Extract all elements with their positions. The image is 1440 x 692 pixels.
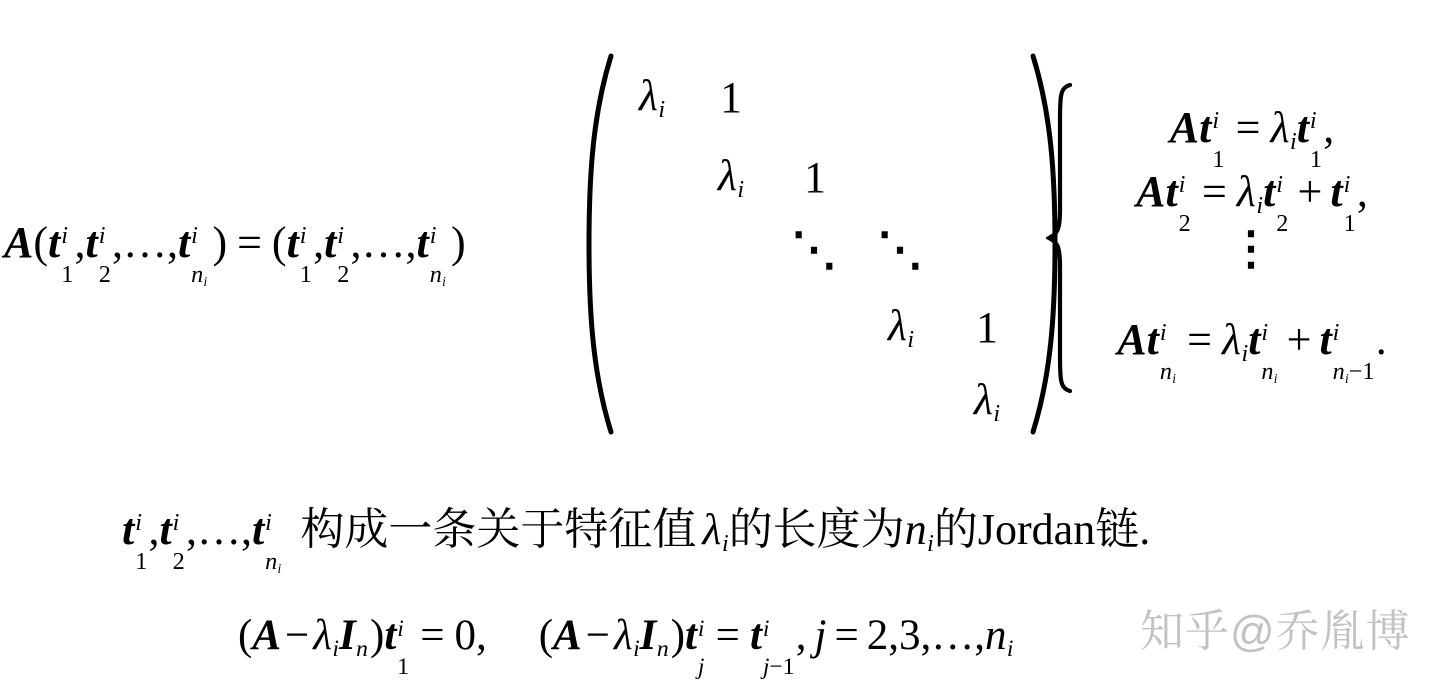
script-base: t [750, 612, 762, 659]
subscript: i [1290, 128, 1297, 155]
scripted-symbol: ti1 [384, 598, 410, 679]
math-token: 2 [1179, 210, 1191, 237]
superscript: i [337, 223, 344, 248]
subscript: i [722, 530, 729, 557]
math-token: ( [539, 612, 553, 659]
math-token: ) [671, 612, 685, 659]
math-token: = [420, 612, 444, 659]
math-token: n [265, 548, 277, 575]
scripted-symbol: λi [974, 378, 1000, 426]
math-token: t [324, 218, 336, 267]
superscript: i [698, 617, 705, 642]
subscript: i [278, 561, 282, 576]
scripted-symbol: tini [1248, 302, 1278, 386]
script-base: t [252, 505, 264, 554]
script-stack: i1 [300, 223, 312, 287]
math-token: n [1333, 358, 1345, 385]
math-token: ,…, [112, 218, 178, 267]
subscript: 2 [1276, 211, 1288, 236]
math-token: i [1160, 319, 1167, 346]
superscript: i [1276, 172, 1283, 197]
math-token: i [1274, 371, 1278, 386]
system-equation-line: Atini=λitini+tini−1. [1074, 302, 1430, 386]
math-token: = [1187, 315, 1212, 364]
math-token: i [191, 222, 198, 249]
math-token: t [1297, 103, 1309, 152]
matrix-entry: 1 [976, 306, 998, 350]
scripted-symbol: tini [178, 205, 208, 289]
script-base: t [159, 505, 171, 554]
script-stack: i1 [135, 510, 147, 574]
math-token: = [1202, 167, 1227, 216]
superscript: i [61, 223, 68, 248]
script-base: n [191, 261, 203, 288]
math-token: i [1179, 171, 1186, 198]
math-token: 2 [1276, 210, 1288, 237]
math-token: = [834, 612, 858, 659]
math-token: Jordan [978, 505, 1095, 554]
superscript: i [265, 510, 272, 535]
superscript: i [1160, 320, 1167, 345]
script-stack: i1 [1344, 172, 1356, 236]
math-token: , [1357, 167, 1368, 216]
math-token: −1 [769, 654, 794, 680]
math-token: , [796, 612, 807, 659]
scripted-symbol: tini−1 [1319, 302, 1375, 386]
script-stack: i2 [1179, 172, 1191, 236]
subscript: 1 [300, 262, 312, 287]
math-token: i [135, 509, 142, 536]
math-token: A [1117, 315, 1146, 364]
math-token: 0, [454, 612, 486, 659]
math-token: 2 [337, 261, 349, 288]
math-token: t [417, 218, 429, 267]
math-token: ,…, [186, 505, 252, 554]
scripted-symbol: ni [985, 598, 1014, 687]
math-token: i [442, 274, 446, 289]
superscript: i [191, 223, 198, 248]
math-token: 1 [976, 303, 998, 352]
math-token: n [1261, 358, 1273, 385]
scripted-symbol: ni [1261, 359, 1277, 386]
math-token: λ [888, 301, 907, 350]
math-token: i [698, 616, 705, 642]
math-token: , [313, 218, 324, 267]
matrix-entry: λi [718, 154, 744, 202]
system-equation-line: Ati2=λiti2+ti1, [1074, 160, 1430, 224]
scripted-symbol: ti2 [324, 205, 350, 288]
script-base: I [339, 612, 356, 659]
scripted-symbol: ni [905, 492, 934, 582]
system-lines: Ati1=λiti1,Ati2=λiti2+ti1,⋮Atini=λitini+… [1074, 82, 1430, 386]
script-stack: ini [1261, 320, 1277, 385]
script-base: t [1165, 167, 1177, 216]
script-base: t [1330, 167, 1342, 216]
math-token: ) [212, 218, 227, 267]
math-token: i [332, 636, 339, 662]
matrix-entry: 1 [804, 156, 826, 200]
subscript: n [657, 636, 669, 662]
subscript: 1 [135, 549, 147, 574]
scripted-symbol: λi [614, 598, 640, 687]
scripted-symbol: ti1 [48, 205, 74, 288]
script-base: n [430, 261, 442, 288]
subscript: i [1172, 371, 1176, 386]
subscript: ni [1160, 359, 1176, 386]
math-token: ⋮ [1228, 223, 1276, 274]
scripted-symbol: ti2 [1165, 160, 1191, 237]
math-token: . [1376, 315, 1387, 364]
superscript: i [1212, 108, 1219, 133]
subscript: i [633, 636, 640, 662]
subscript: 2 [1179, 211, 1191, 236]
script-stack: i2 [1276, 172, 1288, 236]
scripted-symbol: ni [1160, 359, 1176, 386]
math-token: n [191, 261, 203, 288]
math-token: i [1310, 107, 1317, 134]
math-token: , [75, 218, 86, 267]
script-base: λ [888, 301, 907, 350]
matrix-entry: λi [888, 304, 914, 352]
math-token: i [99, 222, 106, 249]
math-token: λ [702, 505, 721, 554]
scripted-symbol: ti1 [1330, 160, 1356, 237]
math-token: t [159, 505, 171, 554]
math-token: A [4, 218, 33, 267]
scripted-symbol: ni [1333, 359, 1349, 386]
scripted-symbol: tini [1147, 302, 1177, 386]
math-token: ) [370, 612, 384, 659]
script-base: n [905, 505, 927, 554]
math-token: λ [313, 612, 332, 659]
subscript: ni [191, 262, 207, 289]
math-token: ⋱ [877, 224, 925, 275]
superscript: i [300, 223, 307, 248]
scripted-symbol: tini [252, 492, 282, 576]
math-token: i [397, 616, 404, 642]
script-base: t [122, 505, 134, 554]
subscript: 1 [61, 262, 73, 287]
math-token: i [430, 222, 437, 249]
math-token: λ [974, 375, 993, 424]
math-token: 链 [1095, 505, 1139, 554]
math-token: 1 [61, 261, 73, 288]
subscript: i [1274, 371, 1278, 386]
script-stack: ini [265, 510, 281, 575]
script-base: t [1147, 315, 1159, 364]
script-base: λ [1222, 315, 1241, 364]
script-base: n [265, 548, 277, 575]
script-stack: ini [191, 223, 207, 288]
math-token: i [1172, 371, 1176, 386]
math-token: t [252, 505, 264, 554]
superscript: i [1310, 108, 1317, 133]
script-base: t [384, 612, 396, 659]
script-base: n [1333, 358, 1345, 385]
math-token: t [178, 218, 190, 267]
math-token: j [698, 654, 705, 680]
math-token: 2 [173, 548, 185, 575]
math-token: n [657, 636, 669, 662]
script-base: t [1248, 315, 1260, 364]
script-stack: i2 [337, 223, 349, 287]
scripted-symbol: In [640, 598, 669, 687]
math-token: − [586, 612, 610, 659]
math-token: i [278, 561, 282, 576]
math-token: ( [238, 612, 252, 659]
matrix-entry: ⋱ [877, 227, 925, 273]
system-equation-line: Ati1=λiti1, [1074, 96, 1430, 160]
scripted-symbol: λi [313, 598, 339, 687]
superscript: i [1261, 320, 1268, 345]
superscript: i [99, 223, 106, 248]
script-base: λ [718, 151, 737, 200]
math-token: i [300, 222, 307, 249]
math-token: ⋱ [791, 224, 839, 275]
math-token: ( [272, 218, 287, 267]
math-token: + [1298, 167, 1323, 216]
script-stack: ini [430, 223, 446, 288]
document-page: { "colors": { "background": "#ffffff", "… [0, 0, 1440, 692]
math-token: A [553, 612, 582, 659]
math-token: I [640, 612, 657, 659]
math-token: 构成一条关于特征值 [300, 505, 696, 554]
subscript: ni [265, 549, 281, 576]
subscript: i [737, 176, 744, 203]
scripted-symbol: λi [1222, 302, 1248, 392]
jordan-chain-sentence: ti1,ti2,…,tini构成一条关于特征值λi的长度为ni的Jordan链. [122, 492, 1150, 568]
watermark: 知乎@乔胤博 [1140, 602, 1411, 662]
scripted-symbol: tij [685, 598, 706, 679]
math-token: 1 [1344, 210, 1356, 237]
math-token: , [148, 505, 159, 554]
system-equation-line: ⋮ [1074, 224, 1430, 280]
math-token: 2 [99, 261, 111, 288]
scripted-symbol: λi [888, 304, 914, 352]
math-token: n [985, 612, 1007, 659]
math-token: i [265, 509, 272, 536]
math-token: A [252, 612, 281, 659]
math-token: n [356, 636, 368, 662]
math-token: = [716, 612, 740, 659]
superscript: i [1179, 172, 1186, 197]
math-token: i [1290, 128, 1297, 155]
math-token: 的 [934, 505, 978, 554]
scripted-symbol: tini [417, 205, 447, 289]
superscript: i [763, 617, 770, 642]
math-token: i [993, 400, 1000, 427]
chain-defining-equations: (A−λiIn)ti1=0,(A−λiIn)tij=tij−1,j=2,3,…,… [238, 598, 1014, 674]
math-token: λ [1237, 167, 1256, 216]
math-token: ,…, [351, 218, 417, 267]
script-stack: ini−1 [1333, 320, 1375, 385]
superscript: i [397, 617, 404, 642]
math-token: ( [33, 218, 48, 267]
script-base: n [1261, 358, 1273, 385]
script-stack: i2 [173, 510, 185, 574]
math-token: t [685, 612, 697, 659]
math-token: 1 [720, 73, 742, 122]
script-stack: ini [1160, 320, 1176, 385]
math-token: i [658, 96, 665, 123]
math-token: 1 [397, 654, 409, 680]
subscript: i [1241, 340, 1248, 367]
subscript: ni−1 [1333, 359, 1375, 386]
scripted-symbol: In [339, 598, 368, 687]
subscript: i [993, 400, 1000, 427]
math-token: 的长度为 [729, 505, 905, 554]
script-base: t [1319, 315, 1331, 364]
scripted-symbol: ti1 [122, 492, 148, 575]
script-base: t [1263, 167, 1275, 216]
superscript: i [1344, 172, 1351, 197]
math-token: , [1323, 103, 1334, 152]
superscript: i [1333, 320, 1340, 345]
math-token: λ [614, 612, 633, 659]
subscript: i [1007, 636, 1014, 662]
scripted-symbol: ni [430, 262, 446, 289]
math-token: 1 [804, 153, 826, 202]
subscript: 2 [337, 262, 349, 287]
math-token: j [814, 612, 826, 659]
math-token: n [430, 261, 442, 288]
math-token: i [61, 222, 68, 249]
matrix-entry: ⋱ [791, 227, 839, 273]
script-base: t [1199, 103, 1211, 152]
script-base: λ [702, 505, 721, 554]
scripted-symbol: ti2 [86, 205, 112, 288]
subscript: 2 [99, 262, 111, 287]
jordan-chain-equation-system: Ati1=λiti1,Ati2=λiti2+ti1,⋮Atini=λitini+… [1046, 82, 1430, 394]
script-base: t [685, 612, 697, 659]
matrix-entry: λi [974, 378, 1000, 426]
subscript: 1 [397, 655, 409, 680]
script-base: t [324, 218, 336, 267]
math-token: t [1165, 167, 1177, 216]
scripted-symbol: λi [718, 154, 744, 202]
math-token: t [750, 612, 762, 659]
script-base: n [985, 612, 1007, 659]
math-token: A [1136, 167, 1165, 216]
math-token: n [905, 505, 927, 554]
script-base: t [287, 218, 299, 267]
jordan-block-matrix: λi1λi1⋱⋱λi1λi [584, 52, 1060, 436]
math-token: t [287, 218, 299, 267]
superscript: i [135, 510, 142, 535]
math-token: − [285, 612, 309, 659]
script-base: λ [639, 71, 658, 120]
script-base: t [86, 218, 98, 267]
math-token: i [1344, 171, 1351, 198]
subscript: 2 [173, 549, 185, 574]
subscript: ni [1261, 359, 1277, 386]
math-token: i [173, 509, 180, 536]
scripted-symbol: λi [639, 74, 665, 122]
math-token: 1 [300, 261, 312, 288]
math-token: 1 [135, 548, 147, 575]
math-token: i [1212, 107, 1219, 134]
subscript: n [356, 636, 368, 662]
script-stack: ij [698, 617, 705, 680]
script-base: t [48, 218, 60, 267]
math-token: t [1263, 167, 1275, 216]
math-token: t [86, 218, 98, 267]
math-token: ) [451, 218, 466, 267]
math-token: i [907, 326, 914, 353]
math-token: n [1160, 358, 1172, 385]
system-left-brace-icon [1046, 82, 1074, 394]
subscript: j [698, 655, 705, 680]
script-stack: i1 [397, 617, 409, 680]
script-base: t [417, 218, 429, 267]
math-token: 2,3,…, [867, 612, 985, 659]
scripted-symbol: ti2 [159, 492, 185, 575]
scripted-symbol: tij−1 [750, 598, 796, 679]
math-token: t [48, 218, 60, 267]
script-stack: ij−1 [763, 617, 795, 680]
subscript: i [204, 274, 208, 289]
matrix-entry: λi [639, 74, 665, 122]
superscript: i [430, 223, 437, 248]
subscript: i [442, 274, 446, 289]
matrix-grid: λi1λi1⋱⋱λi1λi [614, 52, 1030, 436]
math-token: t [384, 612, 396, 659]
math-token: t [1199, 103, 1211, 152]
math-token: λ [1270, 103, 1289, 152]
script-base: I [640, 612, 657, 659]
math-token: i [737, 176, 744, 203]
scripted-symbol: ni [265, 549, 281, 576]
matrix-entry: 1 [720, 76, 742, 120]
subscript: ni [430, 262, 446, 289]
math-token: i [337, 222, 344, 249]
script-base: λ [313, 612, 332, 659]
scripted-symbol: ti1 [287, 205, 313, 288]
math-token: = [1236, 103, 1261, 152]
math-token: + [1287, 315, 1312, 364]
script-base: λ [1237, 167, 1256, 216]
subscript: j−1 [763, 655, 795, 680]
math-token: . [1139, 505, 1150, 554]
math-token: λ [1222, 315, 1241, 364]
math-token: t [1319, 315, 1331, 364]
scripted-symbol: ni [191, 262, 207, 289]
math-token: t [1330, 167, 1342, 216]
math-token: i [1256, 192, 1263, 219]
math-token: i [1007, 636, 1014, 662]
math-token: i [1261, 319, 1268, 346]
subscript: 1 [1344, 211, 1356, 236]
math-token: i [1276, 171, 1283, 198]
math-token: −1 [1349, 358, 1375, 385]
math-token: I [339, 612, 356, 659]
math-token: i [763, 616, 770, 642]
math-token: t [1248, 315, 1260, 364]
script-base: λ [614, 612, 633, 659]
script-base: λ [974, 375, 993, 424]
subscript: i [1256, 192, 1263, 219]
script-base: n [1160, 358, 1172, 385]
script-base: t [178, 218, 190, 267]
math-token: i [204, 274, 208, 289]
subscript: i [658, 96, 665, 123]
subscript: i [927, 530, 934, 557]
math-token: i [722, 530, 729, 557]
matrix-left-paren-icon [584, 52, 614, 436]
math-token: i [927, 530, 934, 557]
math-token: i [633, 636, 640, 662]
math-token: i [1333, 319, 1340, 346]
